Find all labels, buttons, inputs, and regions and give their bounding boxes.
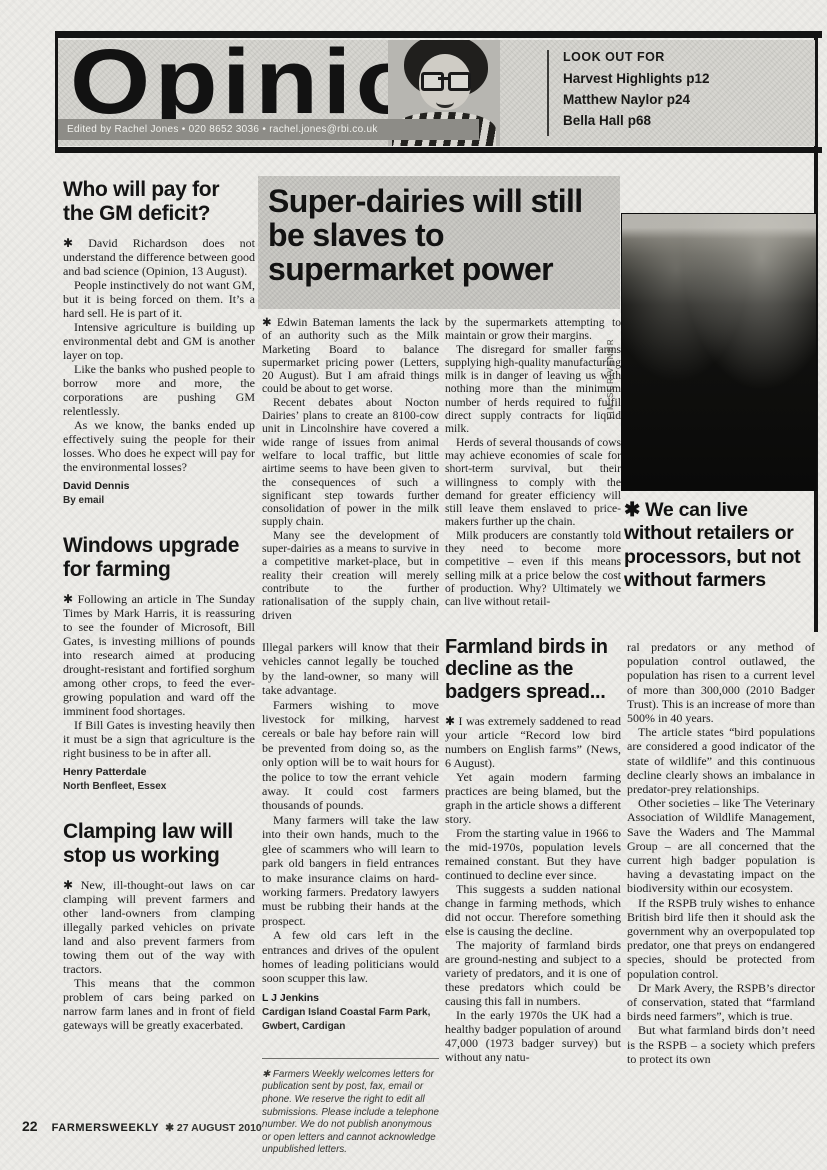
footer-brand: FARMERSWEEKLY: [52, 1122, 160, 1134]
letter-title: Who will pay for the GM deficit?: [63, 178, 255, 225]
letter-paragraph: As we know, the banks ended up effective…: [63, 418, 255, 474]
letter-paragraph: Illegal parkers will know that their veh…: [262, 640, 439, 698]
lookout-box: LOOK OUT FOR Harvest Highlightsp12 Matth…: [547, 50, 803, 136]
letter-paragraph: This means that the common problem of ca…: [63, 976, 255, 1032]
letter-source: North Benfleet, Essex: [63, 780, 255, 794]
spacer: [63, 794, 255, 820]
edited-by-strip: Edited by Rachel Jones • 020 8652 3036 •…: [58, 119, 479, 140]
letter-paragraph: ✱ Following an article in The Sunday Tim…: [63, 592, 255, 718]
letter-signature: L J Jenkins: [262, 991, 439, 1006]
article-paragraph: Herds of several thousands of cows may a…: [445, 436, 621, 529]
letters-column-right: Farmland birds in decline as the badgers…: [445, 636, 621, 1142]
letter-paragraph: Many farmers will take the law into thei…: [262, 813, 439, 928]
pull-quote: ✱ We can live without retailers or proce…: [624, 499, 816, 593]
letters-column-middle: Illegal parkers will know that their veh…: [262, 640, 439, 1157]
letter-paragraph: This suggests a sudden national change i…: [445, 882, 621, 938]
letter-address: Cardigan Island Coastal Farm Park,: [262, 1006, 439, 1020]
article-paragraph: The disregard for smaller farms supplyin…: [445, 343, 621, 436]
letter-paragraph: The article states “bird populations are…: [627, 725, 815, 796]
glasses-icon: [448, 72, 471, 91]
lookout-item: Matthew Naylorp24: [563, 89, 803, 110]
glasses-bridge: [438, 77, 448, 80]
letter-paragraph: Dr Mark Avery, the RSPB’s director of co…: [627, 981, 815, 1024]
newspaper-page: Opinion LOOK OUT FOR Harvest Highlightsp…: [0, 0, 827, 1170]
letter-signature: Henry Patterdale: [63, 765, 255, 780]
letter-title: Farmland birds in decline as the badgers…: [445, 636, 621, 703]
letter-signature: David Dennis: [63, 479, 255, 494]
lookout-item-label: Bella Hall: [563, 113, 624, 128]
policy-divider: [262, 1058, 439, 1059]
letter-paragraph: The majority of farmland birds are groun…: [445, 938, 621, 1008]
lookout-title: LOOK OUT FOR: [563, 50, 803, 64]
letter-paragraph: Other societies – like The Veterinary As…: [627, 796, 815, 895]
portrait-smile: [436, 96, 454, 108]
lookout-item-label: Harvest Highlights: [563, 71, 682, 86]
page-number: 22: [22, 1118, 38, 1134]
letters-column-left: Who will pay for the GM deficit? ✱ David…: [63, 178, 255, 1032]
letter-paragraph: Intensive agriculture is building up env…: [63, 320, 255, 362]
letter-address: Gwbert, Cardigan: [262, 1020, 439, 1034]
letter-paragraph: ✱ New, ill-thought-out laws on car clamp…: [63, 878, 255, 976]
glasses-icon: [421, 72, 444, 91]
letter-paragraph: If Bill Gates is investing heavily then …: [63, 718, 255, 760]
main-article-headline: Super-dairies will still be slaves to su…: [268, 184, 610, 287]
lookout-item-label: Matthew Naylor: [563, 92, 663, 107]
lookout-item: Harvest Highlightsp12: [563, 68, 803, 89]
main-article-headline-panel: Super-dairies will still be slaves to su…: [258, 176, 620, 309]
letter-title: Clamping law will stop us working: [63, 820, 255, 867]
letter-paragraph: In the early 1970s the UK had a healthy …: [445, 1008, 621, 1064]
lookout-item-page: p68: [628, 113, 651, 128]
main-article-col-2: by the supermarkets attempting to mainta…: [445, 316, 621, 636]
letter-paragraph: ✱ I was extremely saddened to read your …: [445, 714, 621, 770]
article-paragraph: Recent debates about Nocton Dairies’ pla…: [262, 396, 439, 529]
spacer: [63, 508, 255, 534]
main-article-col-1: ✱ Edwin Bateman laments the lack of an a…: [262, 316, 439, 636]
letter-paragraph: But what farmland birds don’t need is th…: [627, 1023, 815, 1066]
lookout-item: Bella Hallp68: [563, 110, 803, 131]
footer-date: ✱ 27 AUGUST 2010: [165, 1122, 262, 1134]
header-bottom-rule: [55, 147, 822, 153]
letter-title: Windows upgrade for farming: [63, 534, 255, 581]
letter-paragraph: Like the banks who pushed people to borr…: [63, 362, 255, 418]
dairy-field-photo: [621, 213, 817, 491]
letter-paragraph: If the RSPB truly wishes to enhance Brit…: [627, 896, 815, 981]
letter-paragraph: ral predators or any method of populatio…: [627, 640, 815, 725]
letters-policy-note: ✱ Farmers Weekly welcomes letters for pu…: [262, 1069, 439, 1157]
letter-paragraph: A few old cars left in the entrances and…: [262, 928, 439, 986]
article-paragraph: Many see the development of super-dairie…: [262, 529, 439, 622]
letter-paragraph: From the starting value in 1966 to the m…: [445, 826, 621, 882]
article-paragraph: Milk producers are constantly told they …: [445, 529, 621, 609]
photo-credit: TIM SCRIVENER: [606, 300, 620, 420]
letter-paragraph: ✱ David Richardson does not understand t…: [63, 236, 255, 278]
letter-paragraph: People instinctively do not want GM, but…: [63, 278, 255, 320]
letter-paragraph: Yet again modern farming practices are b…: [445, 770, 621, 826]
lookout-item-page: p12: [686, 71, 709, 86]
lookout-item-page: p24: [667, 92, 690, 107]
letter-source: By email: [63, 494, 255, 508]
article-paragraph: by the supermarkets attempting to mainta…: [445, 316, 621, 343]
letter-paragraph: Farmers wishing to move livestock for mi…: [262, 698, 439, 813]
letters-column-far-right: ral predators or any method of populatio…: [627, 640, 815, 1142]
page-footer: 22FARMERSWEEKLY✱ 27 AUGUST 2010: [22, 1118, 262, 1136]
article-paragraph: ✱ Edwin Bateman laments the lack of an a…: [262, 316, 439, 396]
